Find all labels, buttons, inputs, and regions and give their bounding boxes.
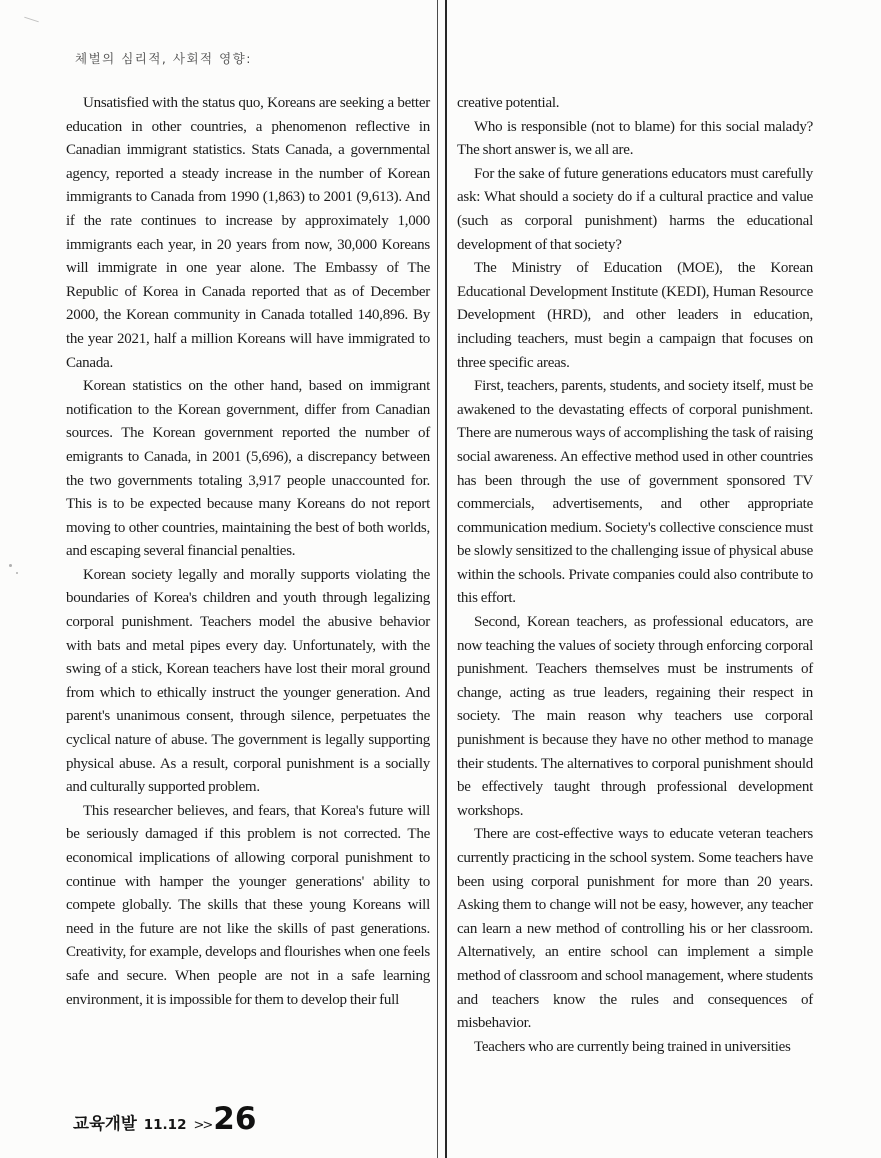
body-paragraph: Who is responsible (not to blame) for th…	[457, 116, 813, 163]
body-paragraph: Teachers who are currently being trained…	[457, 1036, 813, 1060]
page-footer: 교육개발 11.12 >> 26	[73, 1101, 256, 1137]
body-paragraph: There are cost-effective ways to educate…	[457, 823, 813, 1035]
body-paragraph: The Ministry of Education (MOE), the Kor…	[457, 257, 813, 375]
scan-speck-artifact	[16, 572, 18, 574]
body-paragraph: Second, Korean teachers, as professional…	[457, 611, 813, 823]
scan-scratch-artifact	[24, 17, 39, 23]
body-paragraph: Korean statistics on the other hand, bas…	[66, 375, 430, 564]
footer-magazine-title: 교육개발	[73, 1110, 137, 1134]
footer-issue-number: 11.12	[144, 1117, 187, 1133]
running-head-korean: 체벌의 심리적, 사회적 영향:	[75, 49, 252, 67]
magazine-page: 체벌의 심리적, 사회적 영향: Unsatisfied with the st…	[0, 0, 881, 1158]
body-paragraph: creative potential.	[457, 92, 813, 116]
body-paragraph: For the sake of future generations educa…	[457, 163, 813, 257]
body-paragraph: This researcher believes, and fears, tha…	[66, 800, 430, 1012]
footer-arrows-glyph: >>	[193, 1118, 211, 1133]
gutter-rule-right	[445, 0, 447, 1158]
gutter-rule-left	[437, 0, 438, 1158]
right-text-column: creative potential.Who is responsible (n…	[457, 92, 813, 1059]
left-text-column: Unsatisfied with the status quo, Koreans…	[66, 92, 430, 1012]
footer-page-number: 26	[213, 1101, 256, 1137]
body-paragraph: First, teachers, parents, students, and …	[457, 375, 813, 611]
body-paragraph: Unsatisfied with the status quo, Koreans…	[66, 92, 430, 375]
body-paragraph: Korean society legally and morally suppo…	[66, 564, 430, 800]
scan-speck-artifact	[9, 564, 12, 567]
